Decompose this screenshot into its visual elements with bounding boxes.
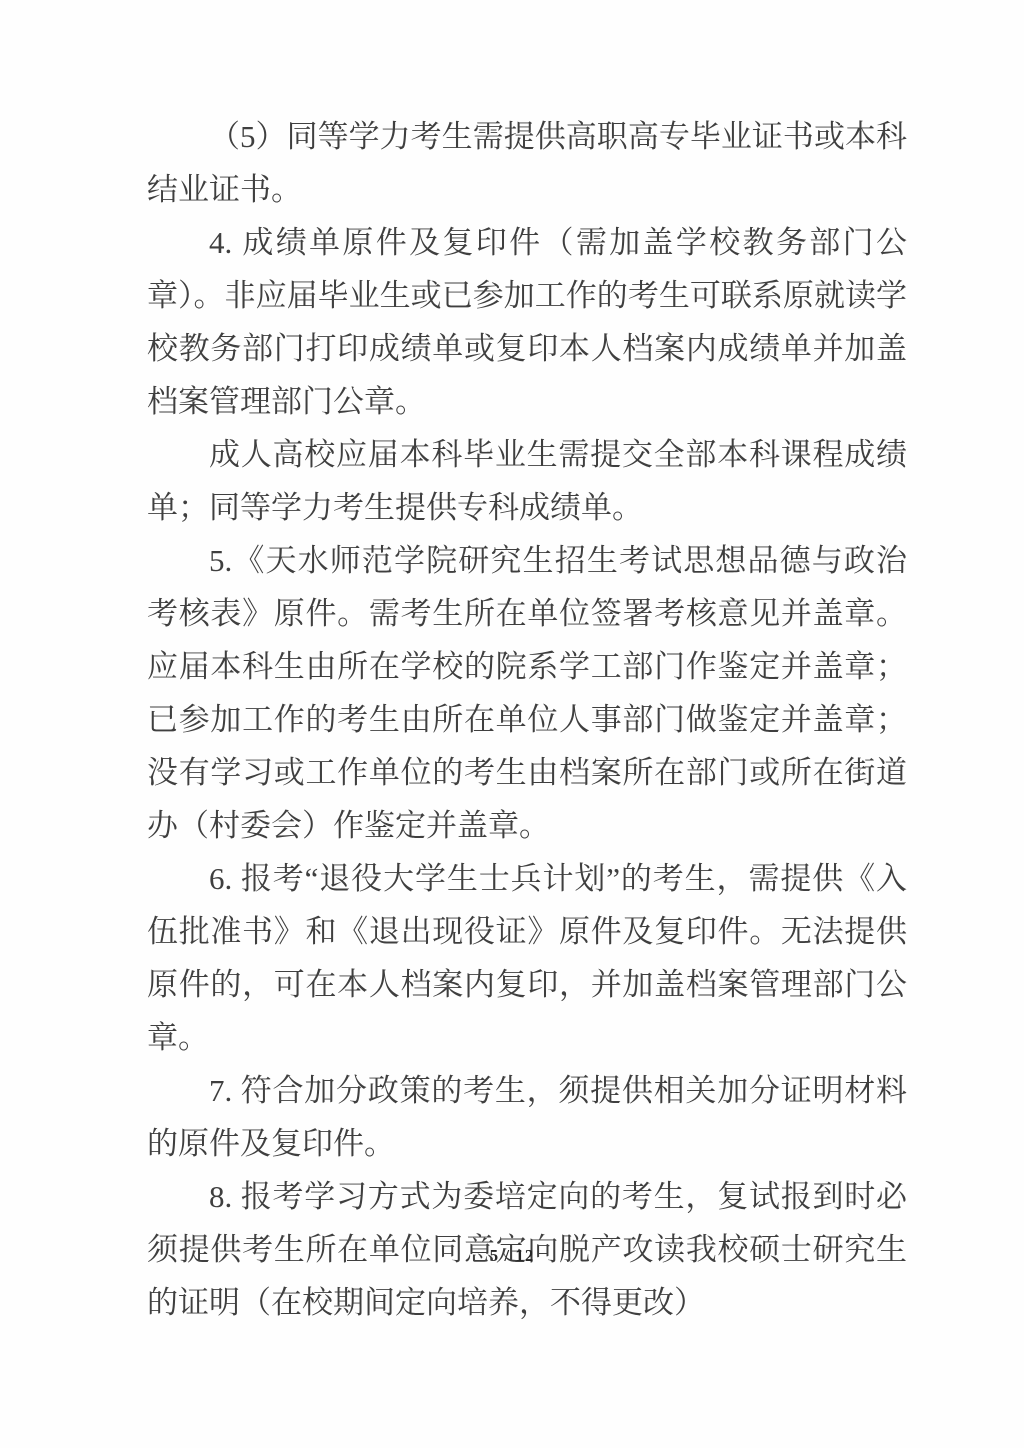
- paragraph-item-6: 6. 报考“退役大学生士兵计划”的考生，需提供《入伍批准书》和《退出现役证》原件…: [147, 852, 907, 1064]
- page-number: 5 / 12: [0, 1246, 1024, 1266]
- paragraph-item-4-note: 成人高校应届本科毕业生需提交全部本科课程成绩单；同等学力考生提供专科成绩单。: [147, 428, 907, 534]
- paragraph-item-4: 4. 成绩单原件及复印件（需加盖学校教务部门公章）。非应届毕业生或已参加工作的考…: [147, 216, 907, 428]
- document-body: （5）同等学力考生需提供高职高专毕业证书或本科结业证书。 4. 成绩单原件及复印…: [147, 110, 907, 1329]
- paragraph-item-7: 7. 符合加分政策的考生，须提供相关加分证明材料的原件及复印件。: [147, 1064, 907, 1170]
- paragraph-item-5-sub: （5）同等学力考生需提供高职高专毕业证书或本科结业证书。: [147, 110, 907, 216]
- document-page: （5）同等学力考生需提供高职高专毕业证书或本科结业证书。 4. 成绩单原件及复印…: [0, 0, 1024, 1448]
- paragraph-item-5: 5.《天水师范学院研究生招生考试思想品德与政治考核表》原件。需考生所在单位签署考…: [147, 534, 907, 852]
